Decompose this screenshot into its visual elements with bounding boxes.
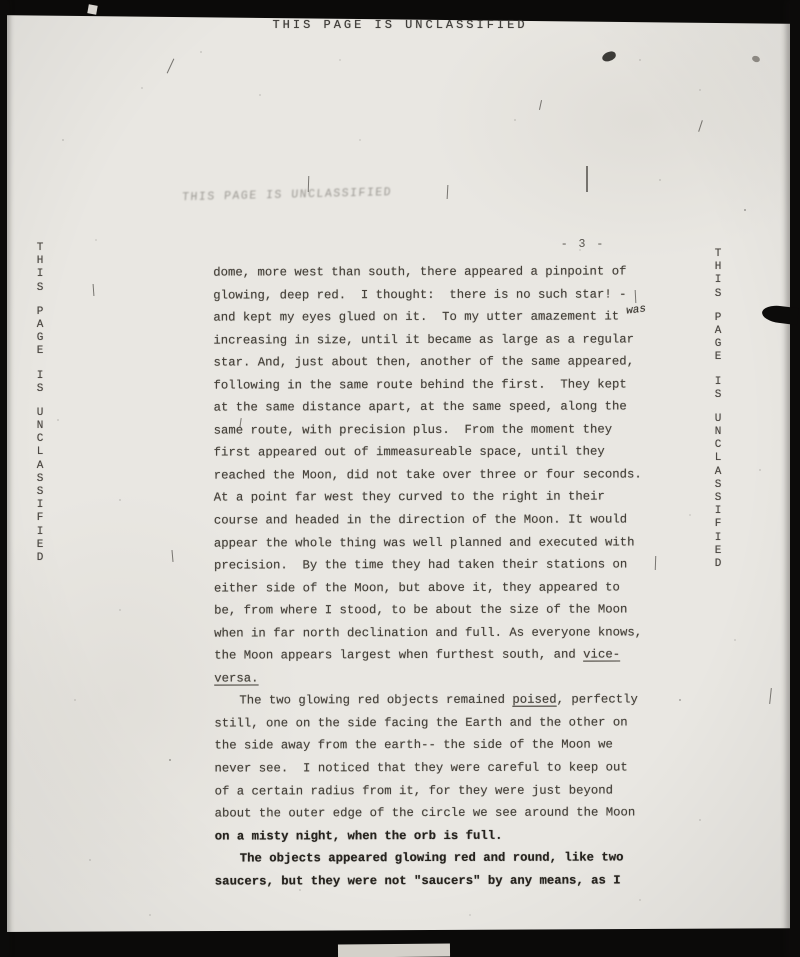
document-body: dome, more west than south, there appear…	[213, 260, 645, 892]
vertical-letter: S	[709, 288, 727, 301]
text-line: following in the same route behind the f…	[213, 373, 643, 397]
vertical-word: UNCLASSIFIED	[31, 407, 49, 565]
scratch-mark	[586, 166, 588, 192]
vertical-letter: I	[31, 268, 49, 281]
vertical-letter: I	[709, 376, 727, 389]
text-line: first appeared out of immeasureable spac…	[214, 441, 644, 465]
vertical-letter: C	[709, 439, 727, 452]
scratch-mark	[171, 550, 173, 562]
scan-border-left	[0, 0, 7, 957]
vertical-letter: A	[31, 319, 49, 332]
vertical-letter: S	[31, 486, 49, 499]
text-segment: course and headed in the direction of th…	[214, 512, 627, 527]
vertical-letter: I	[31, 499, 49, 512]
text-segment: saucers, but they were not "saucers" by …	[215, 873, 621, 888]
text-line: same route, with precision plus. From th…	[214, 418, 644, 442]
classification-banner-left-vertical: THISPAGEISUNCLASSIFIED	[31, 242, 49, 576]
vertical-letter: T	[31, 242, 49, 255]
text-line: The objects appeared glowing red and rou…	[215, 847, 645, 871]
text-segment: poised	[512, 693, 556, 707]
vertical-letter: I	[31, 370, 49, 383]
text-segment: either side of the Moon, but above it, t…	[214, 580, 620, 595]
vertical-letter: P	[709, 312, 727, 325]
vertical-letter: T	[709, 248, 727, 261]
vertical-letter: A	[31, 460, 49, 473]
vertical-letter: D	[31, 552, 49, 565]
text-segment: at the same distance apart, at the same …	[214, 400, 627, 415]
vertical-letter: U	[31, 407, 49, 420]
text-line: be, from where I stood, to be about the …	[214, 599, 644, 623]
text-line: the side away from the earth-- the side …	[214, 734, 644, 758]
vertical-letter: S	[31, 473, 49, 486]
text-line: star. And, just about then, another of t…	[213, 351, 643, 375]
page-number: - 3 -	[548, 238, 618, 251]
text-line: still, one on the side facing the Earth …	[214, 711, 644, 735]
text-segment: glowing, deep red. I thought: there is n…	[213, 287, 626, 302]
text-segment: the Moon appears largest when furthest s…	[214, 648, 583, 663]
text-line: At a point far west they curved to the r…	[214, 486, 644, 510]
text-segment: about the outer edge of the circle we se…	[215, 806, 636, 821]
vertical-letter: C	[31, 433, 49, 446]
vertical-letter: A	[709, 466, 727, 479]
text-line: when in far north declination and full. …	[214, 621, 644, 645]
classification-banner-ghost: THIS PAGE IS UNCLASSIFIED	[182, 185, 453, 205]
text-segment: , perfectly	[557, 693, 638, 707]
scratch-mark	[655, 556, 656, 570]
text-line: increasing in size, until it became as l…	[213, 328, 643, 352]
handwritten-correction: was	[625, 298, 647, 323]
text-line: at the same distance apart, at the same …	[214, 396, 644, 420]
text-line: on a misty night, when the orb is full.	[215, 824, 645, 848]
text-segment: The objects appeared glowing red and rou…	[240, 851, 624, 866]
text-line: the Moon appears largest when furthest s…	[214, 644, 644, 668]
text-line: precision. By the time they had taken th…	[214, 554, 644, 578]
vertical-letter: A	[709, 325, 727, 338]
text-line: dome, more west than south, there appear…	[213, 260, 643, 284]
text-line: never see. I noticed that they were care…	[214, 756, 644, 780]
scratch-mark	[539, 100, 542, 110]
scratch-mark	[769, 688, 772, 704]
text-segment: vice-	[583, 648, 620, 662]
vertical-word: PAGE	[31, 306, 49, 359]
text-line: and kept my eyes glued on it. To my utte…	[213, 306, 643, 330]
classification-banner-top: THIS PAGE IS UNCLASSIFIED	[0, 18, 800, 32]
text-segment: first appeared out of immeasureable spac…	[214, 445, 605, 460]
vertical-word: IS	[31, 370, 49, 396]
ink-smudge	[601, 50, 617, 62]
text-line: versa.	[214, 666, 644, 690]
text-segment: be, from where I stood, to be about the …	[214, 603, 627, 618]
text-segment: the side away from the earth-- the side …	[214, 738, 613, 753]
vertical-letter: N	[31, 420, 49, 433]
vertical-letter: G	[31, 332, 49, 345]
text-segment: of a certain radius from it, for they we…	[215, 783, 614, 798]
vertical-word: IS	[709, 376, 727, 402]
text-segment: reached the Moon, did not take over thre…	[214, 467, 642, 482]
text-segment: still, one on the side facing the Earth …	[214, 715, 627, 730]
text-segment: precision. By the time they had taken th…	[214, 558, 627, 573]
scanned-document-page: THIS PAGE IS UNCLASSIFIED THIS PAGE IS U…	[0, 0, 800, 957]
vertical-letter: U	[709, 413, 727, 426]
vertical-letter: I	[709, 505, 727, 518]
vertical-letter: N	[709, 426, 727, 439]
text-line: reached the Moon, did not take over thre…	[214, 463, 644, 487]
ink-smudge	[751, 55, 761, 63]
scan-border-tab	[338, 944, 450, 957]
vertical-letter: I	[709, 274, 727, 287]
vertical-letter: D	[709, 558, 727, 571]
text-line: course and headed in the direction of th…	[214, 508, 644, 532]
vertical-letter: F	[31, 512, 49, 525]
text-line: glowing, deep red. I thought: there is n…	[213, 283, 643, 307]
vertical-word: UNCLASSIFIED	[709, 413, 727, 571]
vertical-letter: S	[709, 479, 727, 492]
vertical-letter: E	[709, 351, 727, 364]
vertical-letter: I	[31, 526, 49, 539]
vertical-letter: L	[31, 446, 49, 459]
vertical-letter: F	[709, 518, 727, 531]
vertical-letter: E	[31, 345, 49, 358]
vertical-word: PAGE	[709, 312, 727, 365]
scratch-mark	[698, 120, 703, 132]
text-segment: The two glowing red objects remained	[239, 693, 512, 708]
text-line: The two glowing red objects remained poi…	[214, 689, 644, 713]
text-segment: and kept my eyes glued on it. To my utte…	[213, 310, 626, 325]
vertical-letter: G	[709, 338, 727, 351]
vertical-letter: S	[709, 389, 727, 402]
text-line: appear the whole thing was well planned …	[214, 531, 644, 555]
scan-border-blob	[761, 304, 799, 325]
vertical-letter: S	[31, 383, 49, 396]
text-line: of a certain radius from it, for they we…	[215, 779, 645, 803]
scan-border-right	[790, 0, 800, 957]
vertical-letter: S	[709, 492, 727, 505]
text-segment: on a misty night, when the orb is full.	[215, 828, 503, 843]
vertical-letter: P	[31, 306, 49, 319]
vertical-letter: I	[709, 532, 727, 545]
text-segment: At a point far west they curved to the r…	[214, 490, 605, 505]
text-segment: dome, more west than south, there appear…	[213, 264, 626, 279]
classification-banner-right-vertical: THISPAGEISUNCLASSIFIED	[709, 248, 727, 582]
vertical-letter: E	[709, 545, 727, 558]
scratch-mark	[93, 284, 95, 296]
text-segment: star. And, just about then, another of t…	[213, 355, 634, 370]
scratch-mark	[167, 59, 175, 74]
vertical-letter: S	[31, 282, 49, 295]
vertical-word: THIS	[31, 242, 49, 295]
text-line: about the outer edge of the circle we se…	[215, 802, 645, 826]
vertical-letter: H	[709, 261, 727, 274]
text-segment: versa.	[214, 671, 258, 685]
text-segment: increasing in size, until it became as l…	[213, 332, 634, 347]
vertical-letter: L	[709, 452, 727, 465]
text-segment: same route, with precision plus. From th…	[214, 422, 613, 437]
vertical-letter: H	[31, 255, 49, 268]
text-segment: never see. I noticed that they were care…	[214, 761, 627, 776]
scan-border-notch	[87, 4, 97, 14]
text-segment: appear the whole thing was well planned …	[214, 535, 635, 550]
vertical-word: THIS	[709, 248, 727, 301]
text-line: saucers, but they were not "saucers" by …	[215, 869, 645, 893]
vertical-letter: E	[31, 539, 49, 552]
text-segment: following in the same route behind the f…	[213, 377, 626, 392]
text-segment: when in far north declination and full. …	[214, 625, 642, 640]
text-line: either side of the Moon, but above it, t…	[214, 576, 644, 600]
